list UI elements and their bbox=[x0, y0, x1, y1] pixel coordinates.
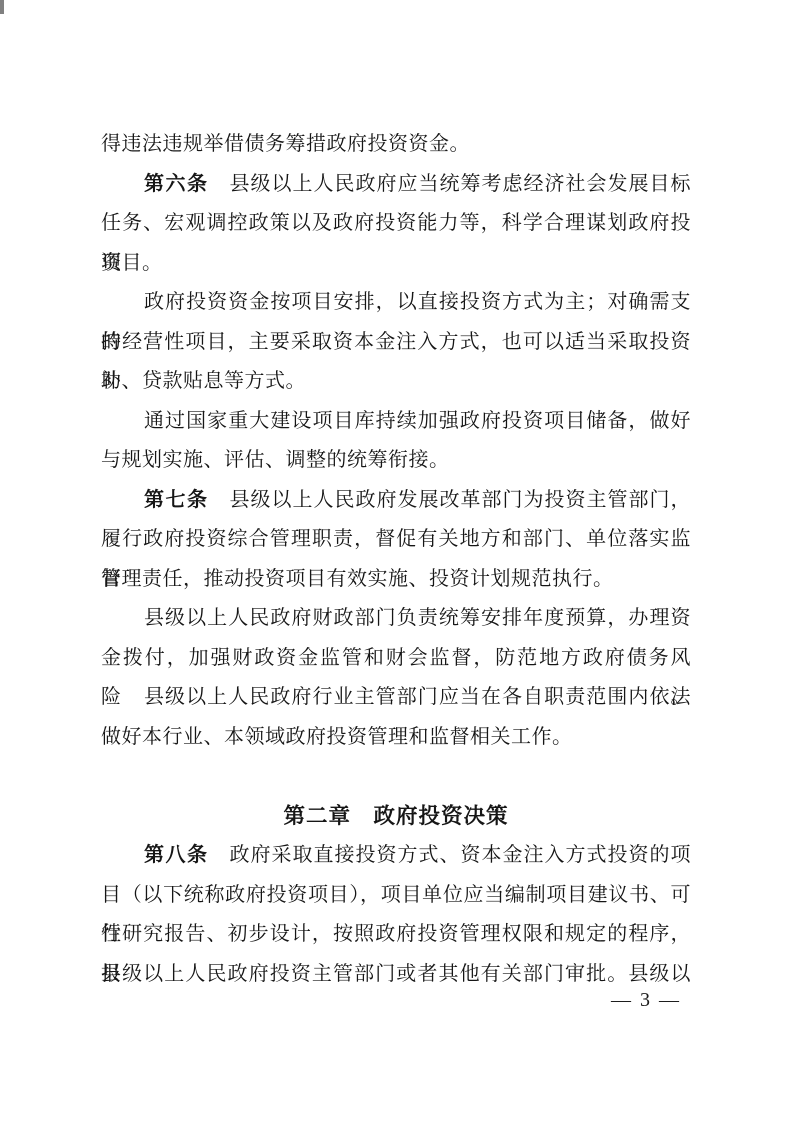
text-line: 管理责任，推动投资项目有效实施、投资计划规范执行。 bbox=[101, 560, 691, 600]
text-line: 县级以上人民政府财政部门负责统筹安排年度预算，办理资 bbox=[101, 599, 691, 639]
text-line: 性研究报告、初步设计，按照政府投资管理权限和规定的程序，报 bbox=[101, 915, 691, 955]
text-line: 的经营性项目，主要采取资本金注入方式，也可以适当采取投资补 bbox=[101, 323, 691, 363]
text-line: 第七条县级以上人民政府发展改革部门为投资主管部门， bbox=[101, 481, 691, 521]
text-line: 目（以下统称政府投资项目），项目单位应当编制项目建议书、可行 bbox=[101, 876, 691, 916]
article-number: 第八条 bbox=[144, 844, 209, 866]
article-number: 第七条 bbox=[144, 489, 209, 511]
scan-artifact bbox=[0, 0, 4, 14]
text-line: 助、贷款贴息等方式。 bbox=[101, 362, 691, 402]
article-number: 第六条 bbox=[144, 173, 209, 195]
page-number: — 3 — bbox=[101, 986, 691, 1014]
text-line: 县级以上人民政府行业主管部门应当在各自职责范围内依法 bbox=[101, 678, 691, 718]
text-line: 得违法违规举借债务筹措政府投资资金。 bbox=[101, 125, 691, 165]
text-line: 项目。 bbox=[101, 244, 691, 284]
document-page: 得违法违规举借债务筹措政府投资资金。第六条县级以上人民政府应当统筹考虑经济社会发… bbox=[0, 0, 793, 1122]
text-line: 第六条县级以上人民政府应当统筹考虑经济社会发展目标 bbox=[101, 165, 691, 205]
text-line: 做好本行业、本领域政府投资管理和监督相关工作。 bbox=[101, 718, 691, 758]
text-line: 金拨付，加强财政资金监管和财会监督，防范地方政府债务风险。 bbox=[101, 639, 691, 679]
document-body: 得违法违规举借债务筹措政府投资资金。第六条县级以上人民政府应当统筹考虑经济社会发… bbox=[101, 125, 691, 994]
blank-line bbox=[101, 757, 691, 797]
chapter-heading: 第二章 政府投资决策 bbox=[101, 797, 691, 837]
text-line: 政府投资资金按项目安排，以直接投资方式为主；对确需支持 bbox=[101, 283, 691, 323]
text-line: 任务、宏观调控政策以及政府投资能力等，科学合理谋划政府投资 bbox=[101, 204, 691, 244]
text-line: 与规划实施、评估、调整的统筹衔接。 bbox=[101, 441, 691, 481]
text-line: 通过国家重大建设项目库持续加强政府投资项目储备，做好 bbox=[101, 402, 691, 442]
text-line: 第八条政府采取直接投资方式、资本金注入方式投资的项 bbox=[101, 836, 691, 876]
text-line: 履行政府投资综合管理职责，督促有关地方和部门、单位落实监督 bbox=[101, 520, 691, 560]
